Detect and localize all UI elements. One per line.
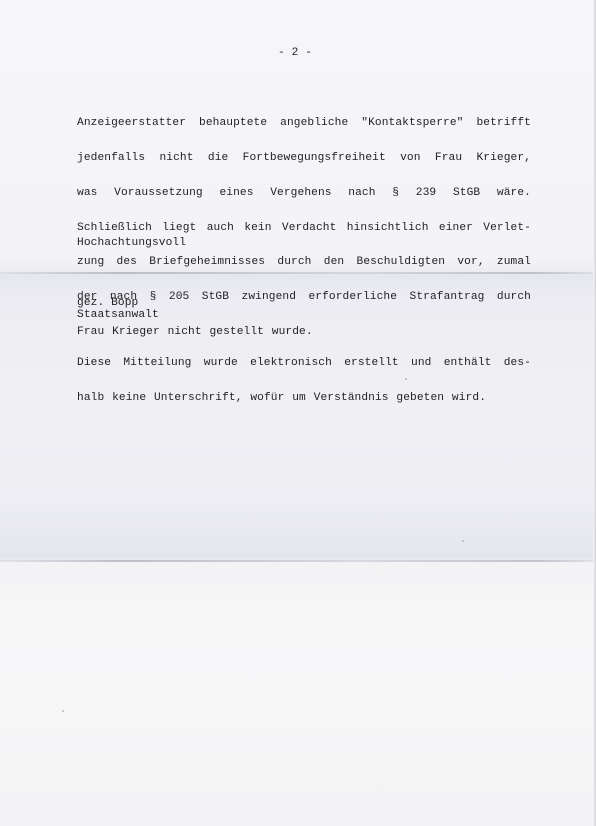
signature-title: Staatsanwalt [77, 310, 159, 322]
fold-line-lower [0, 560, 596, 562]
paper-speck [405, 378, 407, 380]
paragraph-line: was Voraussetzung eines Vergehens nach §… [77, 188, 531, 200]
signature-name: gez. Bopp [77, 298, 138, 310]
paper-speck [258, 225, 260, 227]
notice-line: Diese Mitteilung wurde elektronisch erst… [77, 358, 531, 370]
page-number: - 2 - [278, 48, 312, 60]
paper-speck [462, 540, 464, 542]
paragraph-line: jedenfalls nicht die Fortbewegungsfreihe… [77, 153, 531, 165]
electronic-notice: Diese Mitteilung wurde elektronisch erst… [77, 335, 531, 416]
paragraph-line: Schließlich liegt auch kein Verdacht hin… [77, 223, 531, 235]
paragraph-line: Anzeigeerstatter behauptete angebliche "… [77, 118, 531, 130]
closing-salutation: Hochachtungsvoll [77, 238, 186, 250]
paragraph-line: der nach § 205 StGB zwingend erforderlic… [77, 292, 531, 304]
notice-line: halb keine Unterschrift, wofür um Verstä… [77, 393, 531, 405]
paper-speck [62, 710, 64, 712]
paragraph-line: zung des Briefgeheimnisses durch den Bes… [77, 257, 531, 269]
